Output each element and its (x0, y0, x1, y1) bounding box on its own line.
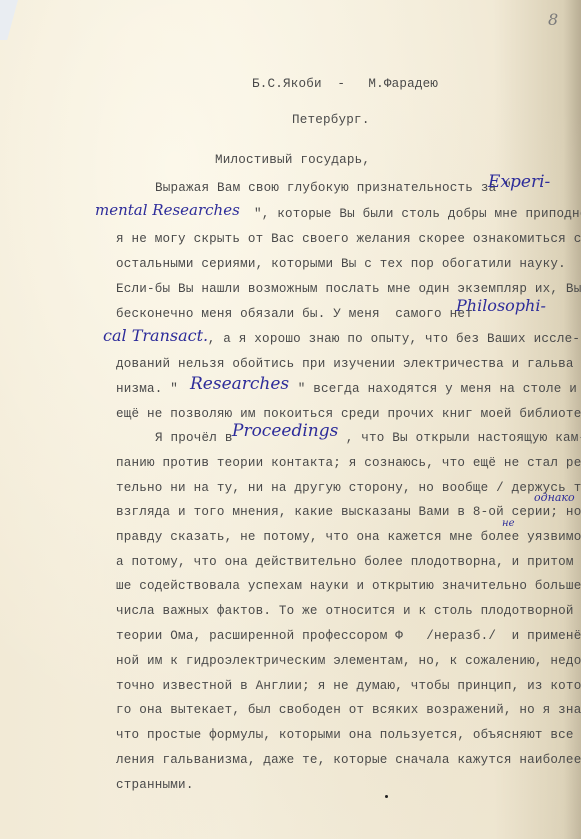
body-line: , а я хорошо знаю по опыту, что без Ваши… (200, 333, 580, 346)
body-line: панию против теории контакта; я сознаюсь… (116, 457, 581, 470)
body-line: ещё не позволяю им покоиться среди прочи… (116, 408, 581, 421)
body-line: ше содействовала успехам науки и открыти… (116, 580, 581, 593)
body-line: правду сказать, не потому, что она кажет… (116, 531, 581, 544)
body-line: Выражая Вам свою глубокую признательност… (155, 182, 512, 195)
page-number: 8 (548, 10, 558, 29)
body-line: странными. (116, 779, 194, 792)
body-line: я не могу скрыть от Вас своего желания с… (116, 233, 581, 246)
body-line: бесконечно меня обязали бы. У меня самог… (116, 308, 473, 321)
torn-corner (0, 0, 18, 40)
handwritten-annotation: однако (534, 492, 575, 503)
body-line: ", которые Вы были столь добры мне припо… (254, 208, 581, 221)
body-line: тельно ни на ту, ни на другую сторону, н… (116, 482, 581, 495)
document-page: 8 Б.С.Якоби - М.Фарадею Петербург. Милос… (0, 0, 581, 839)
body-line: дований нельзя обойтись при изучении эле… (116, 358, 581, 371)
letter-place: Петербург. (292, 114, 370, 127)
body-line: го она вытекает, был свободен от всяких … (116, 704, 581, 717)
handwritten-insert: Experi- (488, 174, 550, 191)
body-line: числа важных фактов. То же относится и к… (116, 605, 574, 618)
handwritten-insert: cal Transact. (103, 328, 208, 344)
body-line: остальными сериями, которыми Вы с тех по… (116, 258, 566, 271)
handwritten-insert: mental Researches (95, 203, 240, 218)
body-line: Если-бы Вы нашли возможным послать мне о… (116, 283, 581, 296)
body-line: " всегда находятся у меня на столе и я (290, 383, 581, 396)
body-line: Я прочёл в (155, 432, 233, 445)
body-line: что простые формулы, которыми она пользу… (116, 729, 581, 742)
handwritten-annotation: не (502, 519, 515, 529)
body-line: теории Ома, расширенной профессором Ф /н… (116, 630, 581, 643)
handwritten-insert: Proceedings (232, 423, 338, 440)
letter-header-from-to: Б.С.Якоби - М.Фарадею (252, 78, 438, 91)
body-line: ления гальванизма, даже те, которые снач… (116, 754, 581, 767)
body-line: взгляда и того мнения, какие высказаны В… (116, 506, 581, 519)
body-line: ной им к гидроэлектрическим элементам, н… (116, 655, 581, 668)
body-line: а потому, что она действительно более пл… (116, 556, 581, 569)
body-line: точно известной в Англии; я не думаю, чт… (116, 680, 581, 693)
ink-spot (385, 795, 388, 798)
salutation: Милостивый государь, (215, 154, 370, 167)
handwritten-insert: Researches (190, 376, 289, 393)
body-line: , что Вы открыли настоящую кам- (338, 432, 581, 445)
body-line: низма. " (116, 383, 178, 396)
handwritten-insert: Philosophi- (456, 298, 546, 314)
